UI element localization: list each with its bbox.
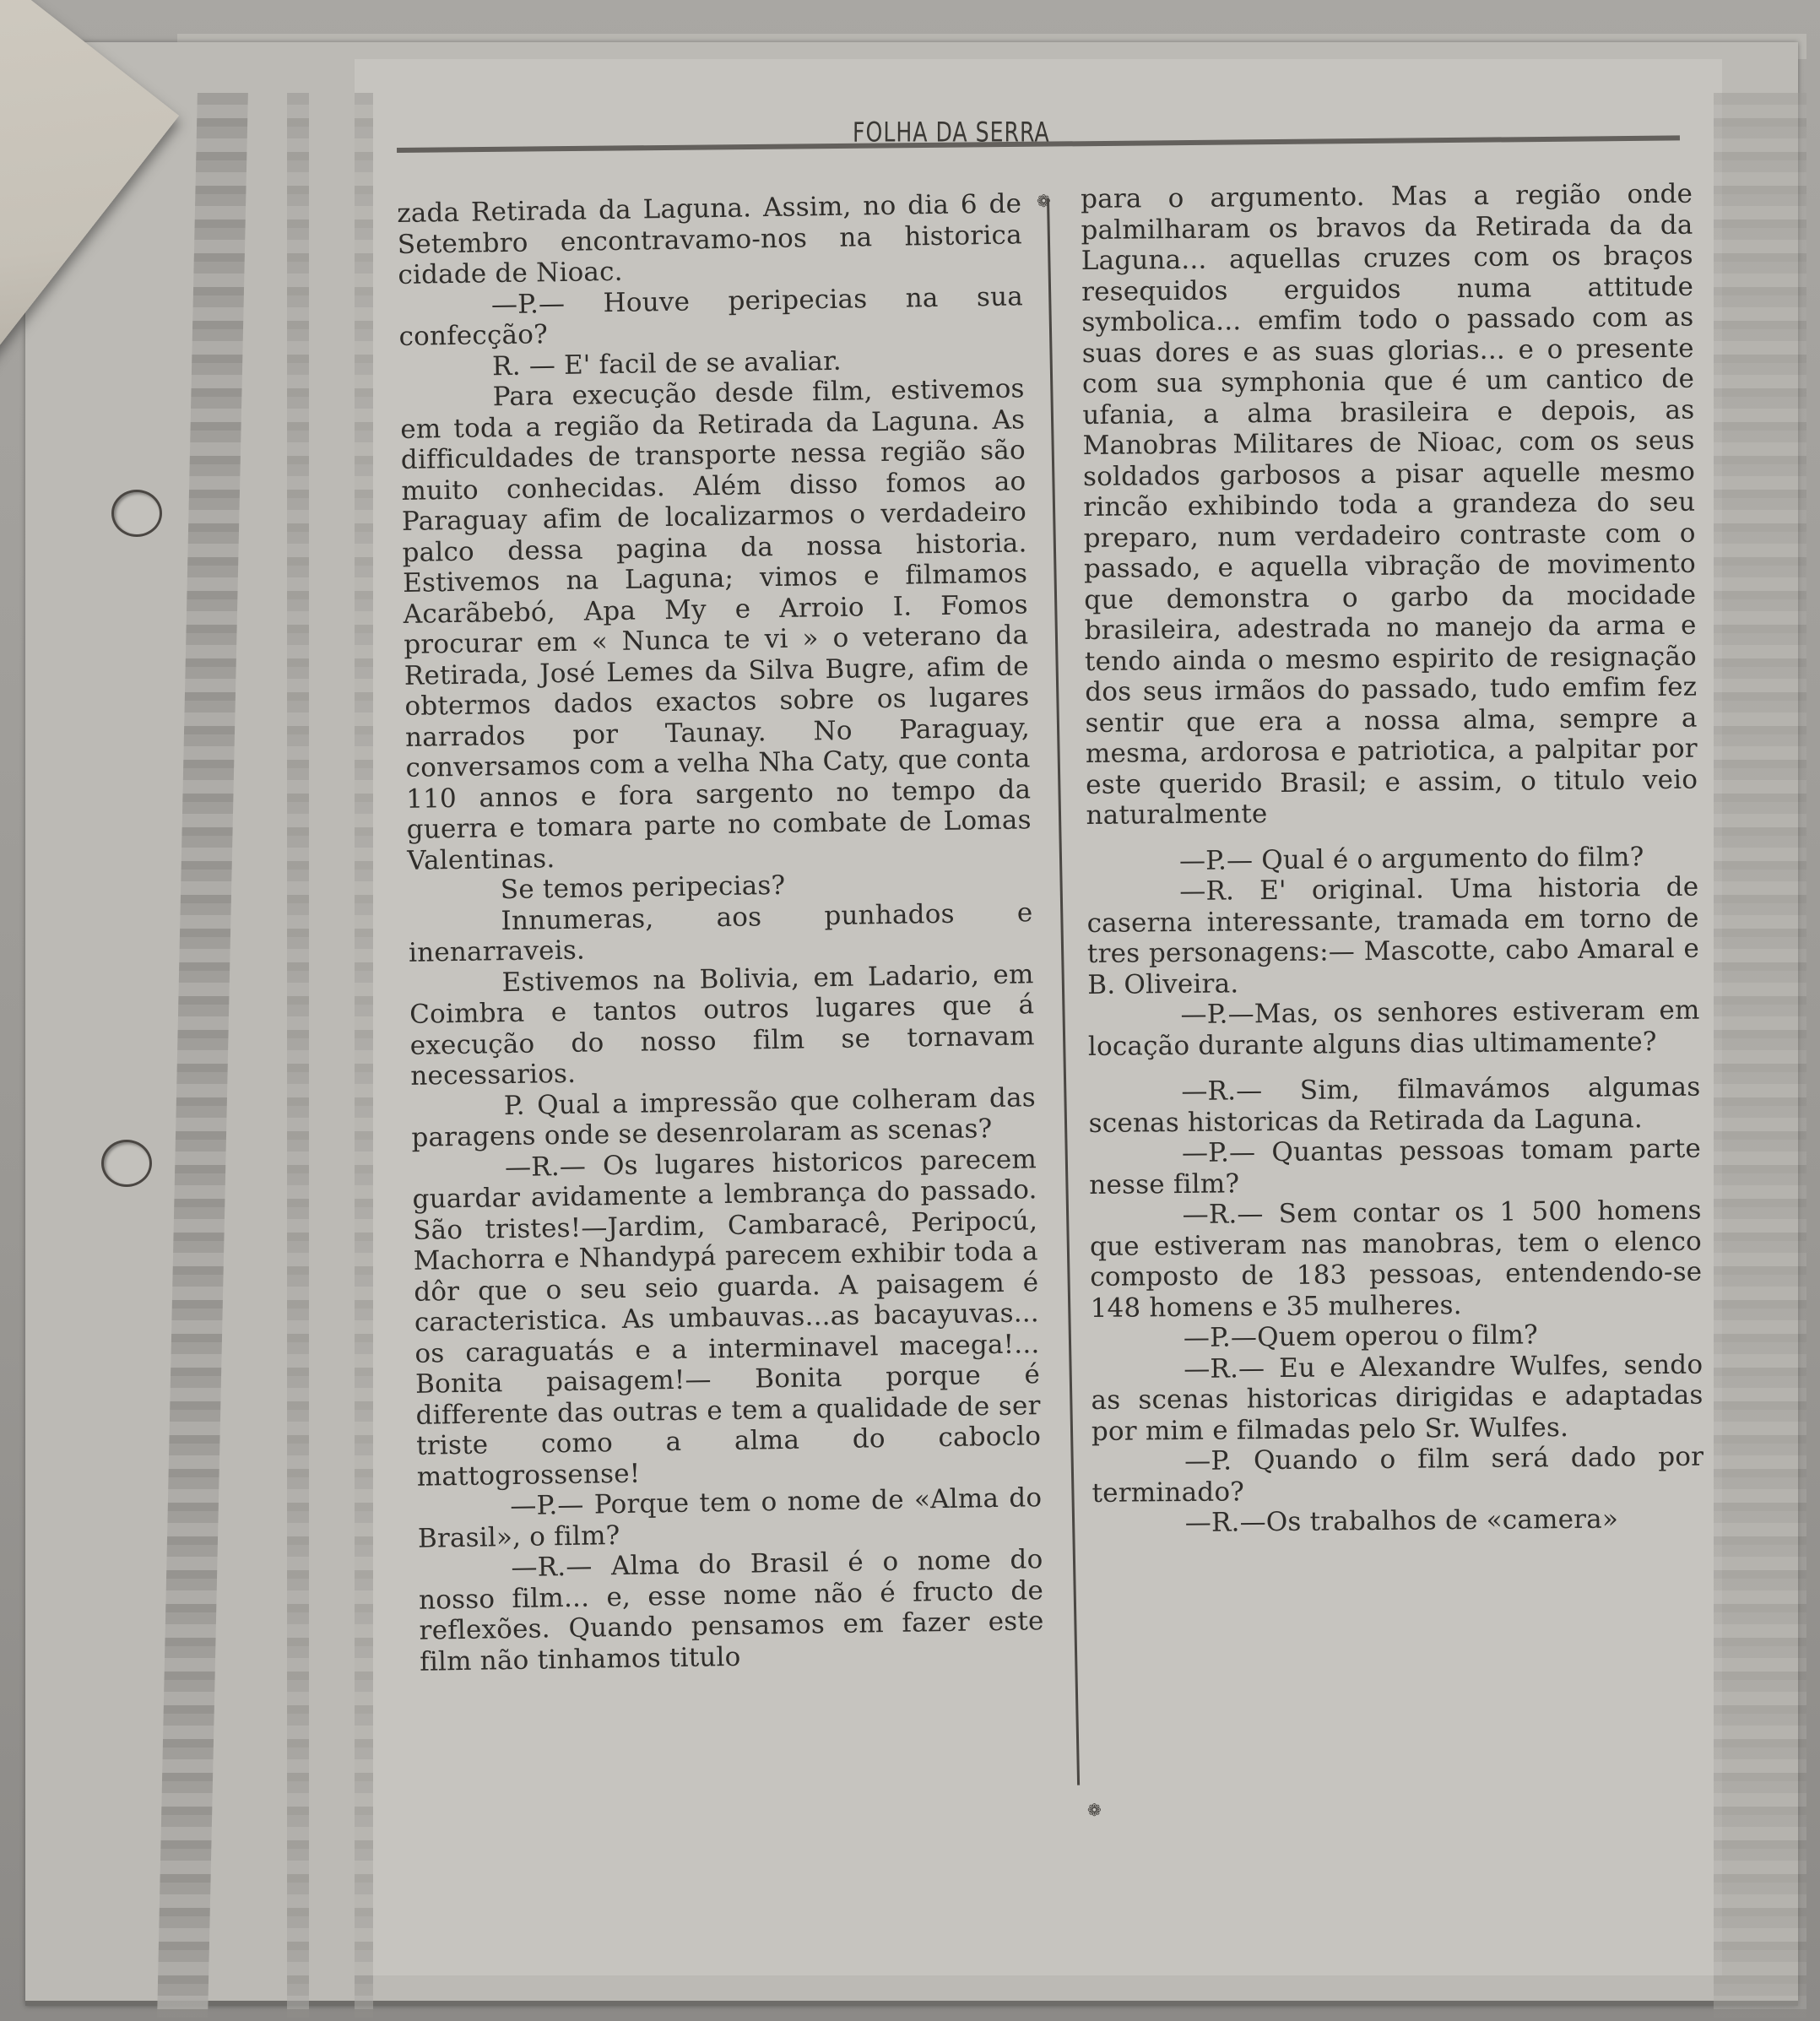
- punch-hole-icon: [111, 490, 162, 537]
- paragraph: —P.— Qual é o argumento do film?: [1086, 841, 1698, 877]
- paragraph: P. Qual a impressão que colheram das par…: [411, 1082, 1037, 1154]
- paragraph: —R.— Eu e Alexandre Wulfes, sendo as sce…: [1091, 1349, 1704, 1447]
- paragraph: —P.— Quantas pessoas tomam parte nesse f…: [1089, 1134, 1702, 1200]
- paragraph: —P.—Mas, os senhores estiveram em locaçã…: [1087, 995, 1700, 1062]
- paragraph: —R.— Alma do Brasil é o nome do nosso fi…: [418, 1544, 1044, 1677]
- paragraph: —R. E' original. Uma historia de caserna…: [1086, 872, 1699, 1000]
- punch-hole-icon: [101, 1140, 152, 1187]
- paragraph: —P. Quando o film será dado por terminad…: [1091, 1442, 1704, 1509]
- paragraph: zada Retirada da Laguna. Assim, no dia 6…: [397, 188, 1023, 290]
- article-column-right: para o argumento. Mas a região onde palm…: [1081, 179, 1704, 1540]
- paragraph: —R.—Os trabalhos de «camera»: [1092, 1504, 1704, 1540]
- paragraph: —P.— Porque tem o nome de «Alma do Brasi…: [417, 1482, 1043, 1554]
- paragraph: —R.— Os lugares historicos parecem guard…: [412, 1144, 1042, 1493]
- paragraph: —R.— Sim, filmavámos algumas scenas hist…: [1088, 1072, 1701, 1139]
- paragraph: Innumeras, aos punhados e inenarraveis.: [408, 897, 1033, 969]
- paragraph: para o argumento. Mas a região onde palm…: [1081, 179, 1698, 832]
- margin-smudge: [287, 93, 309, 2018]
- paragraph: Estivemos na Bolivia, em Ladario, em Coi…: [409, 959, 1035, 1092]
- paragraph: —R.— Sem contar os 1 500 homens que esti…: [1090, 1195, 1703, 1324]
- article-column-left: zada Retirada da Laguna. Assim, no dia 6…: [397, 188, 1044, 1677]
- paragraph: —P.— Houve peripecias na sua confecção?: [398, 281, 1024, 353]
- margin-smudge: [355, 93, 373, 2018]
- margin-smudge: [1714, 93, 1806, 2018]
- paragraph: —P.—Quem operou o film?: [1091, 1319, 1703, 1355]
- paragraph: Para execução desde film, estivemos em t…: [399, 373, 1032, 876]
- ornament-icon: ❁: [1087, 1800, 1102, 1820]
- margin-smudge: [157, 93, 248, 2018]
